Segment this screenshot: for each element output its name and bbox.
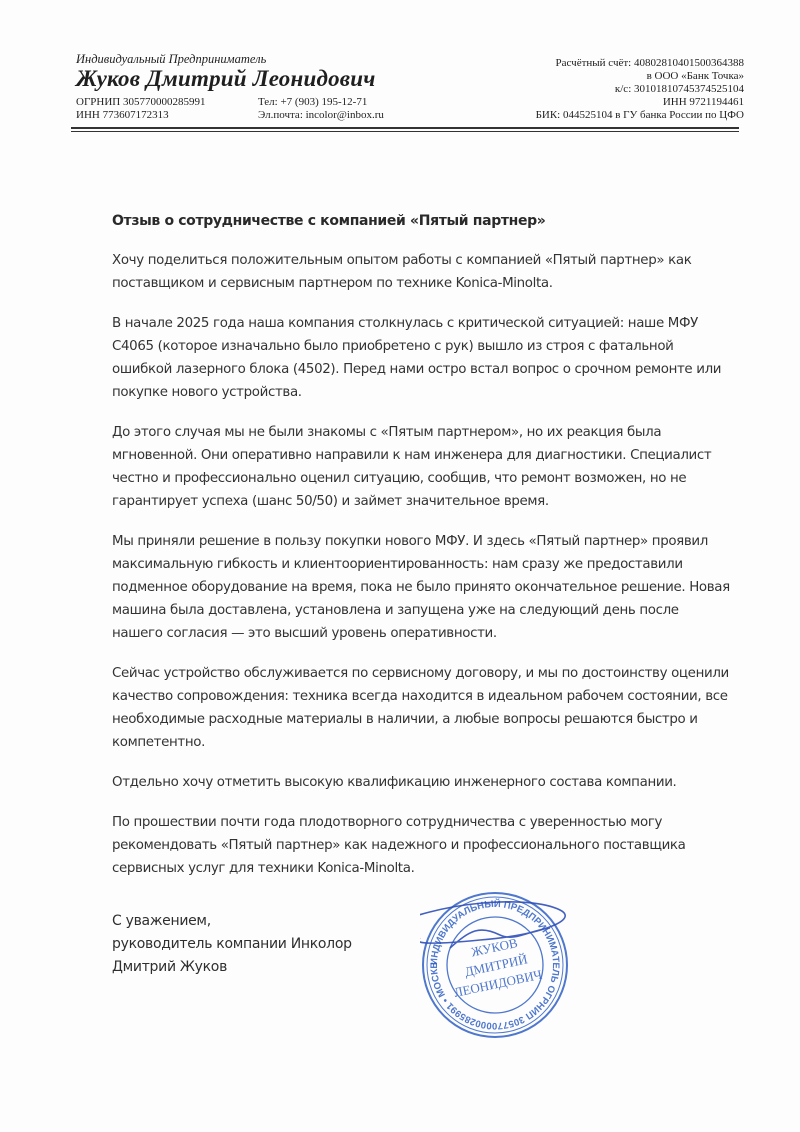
closing-signatory: Дмитрий Жуков — [112, 956, 352, 979]
bik: БИК: 044525104 в ГУ банка России по ЦФО — [444, 109, 744, 122]
letter-body: Отзыв о сотрудничестве с компанией «Пяты… — [112, 210, 732, 897]
closing-block: С уважением, руководитель компании Инкол… — [112, 910, 352, 979]
closing-position: руководитель компании Инколор — [112, 933, 352, 956]
letter-title: Отзыв о сотрудничестве с компанией «Пяты… — [112, 210, 732, 233]
paragraph: Отдельно хочу отметить высокую квалифика… — [112, 771, 732, 794]
paragraph: Сейчас устройство обслуживается по серви… — [112, 662, 732, 754]
email: Эл.почта: incolor@inbox.ru — [258, 109, 384, 122]
company-stamp-icon: ИНДИВИДУАЛЬНЫЙ ПРЕДПРИНИМАТЕЛЬ ОГРНИП 30… — [420, 890, 570, 1040]
bank-account: Расчётный счёт: 40802810401500364388 — [444, 57, 744, 70]
paragraph: Мы приняли решение в пользу покупки ново… — [112, 530, 732, 645]
header-divider-thick — [71, 127, 739, 129]
paragraph: Хочу поделиться положительным опытом раб… — [112, 249, 732, 295]
bank-inn: ИНН 9721194461 — [444, 96, 744, 109]
header-divider-thin — [71, 131, 739, 132]
entrepreneur-subtitle: Индивидуальный Предприниматель — [76, 52, 456, 66]
phone: Тел: +7 (903) 195-12-71 — [258, 96, 384, 109]
bank-name: в ООО «Банк Точка» — [444, 70, 744, 83]
paragraph: В начале 2025 года наша компания столкну… — [112, 312, 732, 404]
inn: ИНН 773607172313 — [76, 109, 258, 122]
corr-account: к/с: 30101810745374525104 — [444, 83, 744, 96]
letter-page: Индивидуальный Предприниматель Жуков Дми… — [0, 0, 800, 1132]
entrepreneur-name: Жуков Дмитрий Леонидович — [76, 66, 456, 92]
paragraph: По прошествии почти года плодотворного с… — [112, 811, 732, 880]
closing-salutation: С уважением, — [112, 910, 352, 933]
paragraph: До этого случая мы не были знакомы с «Пя… — [112, 421, 732, 513]
letterhead-left: Индивидуальный Предприниматель Жуков Дми… — [76, 52, 456, 122]
bank-details: Расчётный счёт: 40802810401500364388 в О… — [444, 57, 744, 122]
ogrnip: ОГРНИП 305770000285991 — [76, 96, 258, 109]
